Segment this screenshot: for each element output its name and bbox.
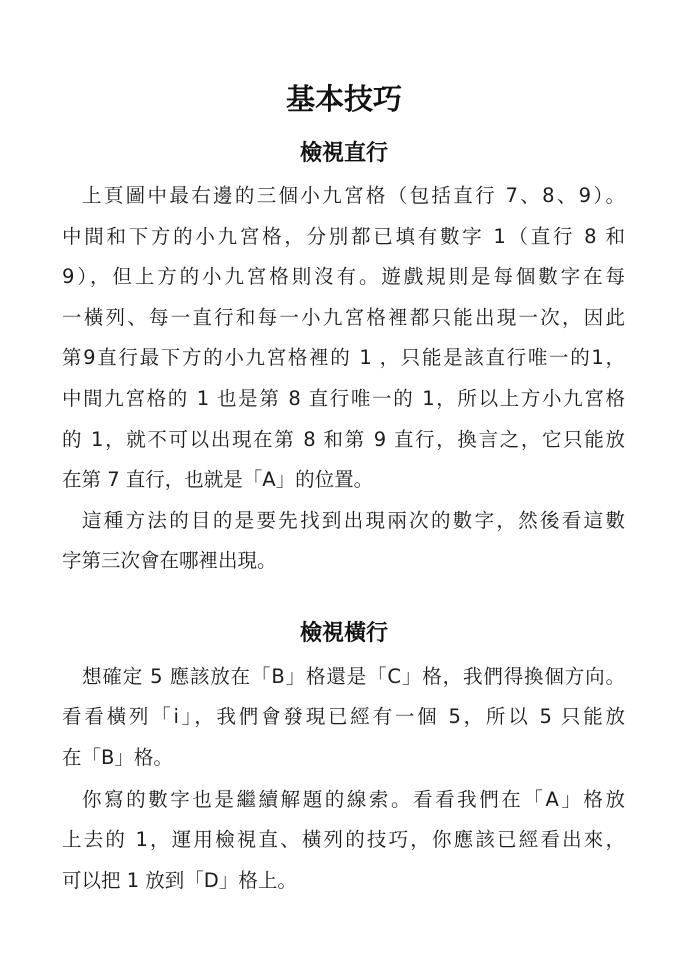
text-line: 第9直行最下方的小九宮格裡的 1 ，只能是該直行唯一的1， xyxy=(62,343,625,373)
text-line: 在第 7 直行，也就是「A」的位置。 xyxy=(62,465,625,495)
text-line: 的 1，就不可以出現在第 8 和第 9 直行，換言之，它只能放 xyxy=(62,425,625,455)
text-line: 上頁圖中最右邊的三個小九宮格（包括直行 7、8、9）。 xyxy=(82,181,625,211)
text-line: 字第三次會在哪裡出現。 xyxy=(62,546,625,576)
text-line: 中間和下方的小九宮格，分別都已填有數字 1（直行 8 和 xyxy=(62,222,625,252)
text-line: 看看橫列「i」，我們會發現已經有一個 5，所以 5 只能放 xyxy=(62,702,625,732)
text-line: 想確定 5 應該放在「B」格還是「C」格，我們得換個方向。 xyxy=(82,662,625,692)
text-line: 在「B」格。 xyxy=(62,743,625,773)
document-page: 基本技巧 檢視直行 上頁圖中最右邊的三個小九宮格（包括直行 7、8、9）。 中間… xyxy=(0,0,680,971)
section-heading: 檢視橫行 xyxy=(4,619,680,649)
text-line: 一橫列、每一直行和每一小九宮格裡都只能出現一次，因此 xyxy=(62,303,625,333)
text-line: 9），但上方的小九宮格則沒有。遊戲規則是每個數字在每 xyxy=(62,262,625,292)
text-line: 你寫的數字也是繼續解題的線索。看看我們在「A」格放 xyxy=(82,785,625,815)
text-line: 可以把 1 放到「D」格上。 xyxy=(62,866,625,896)
section-heading: 檢視直行 xyxy=(4,139,680,169)
page-title: 基本技巧 xyxy=(4,80,680,118)
text-line: 這種方法的目的是要先找到出現兩次的數字，然後看這數 xyxy=(82,506,625,536)
text-line: 上去的 1，運用檢視直、橫列的技巧，你應該已經看出來， xyxy=(62,825,625,855)
text-line: 中間九宮格的 1 也是第 8 直行唯一的 1，所以上方小九宮格 xyxy=(62,384,625,414)
